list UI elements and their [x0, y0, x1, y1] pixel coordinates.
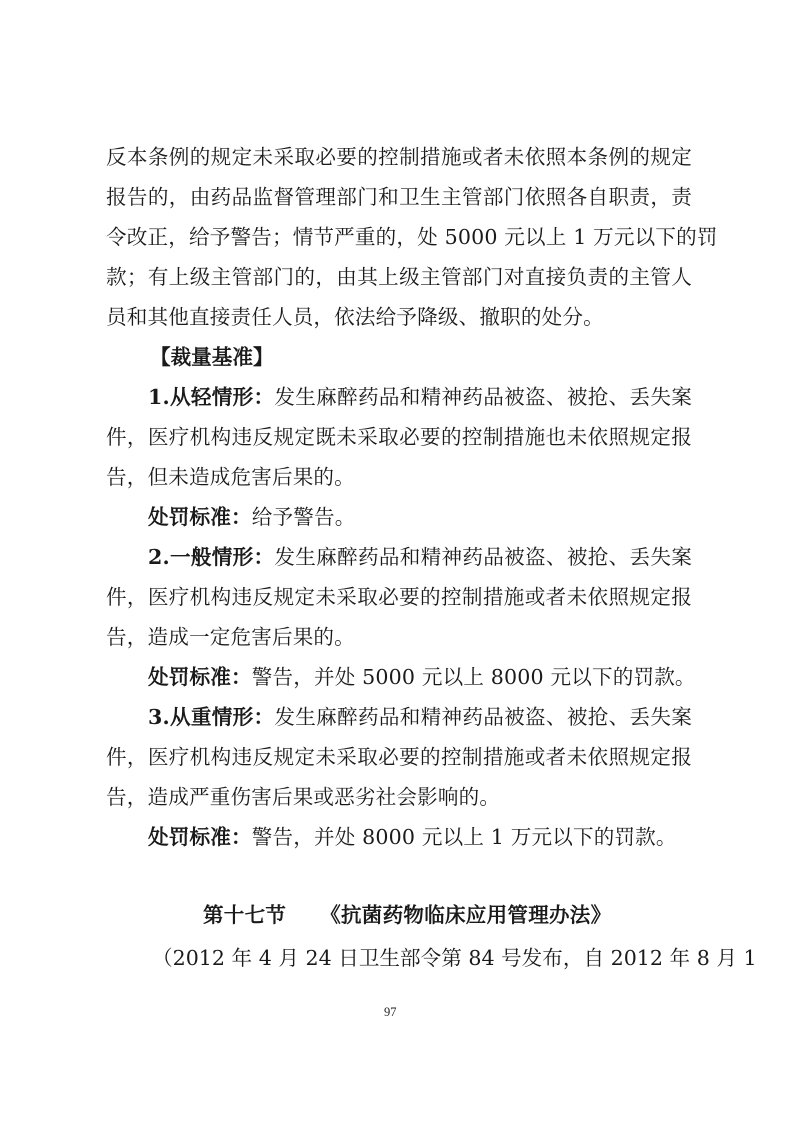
page-number: 97: [384, 1004, 397, 1020]
document-page: 反本条例的规定未采取必要的控制措施或者未依照本条例的规定 报告的，由药品监督管理…: [0, 0, 793, 1122]
case-3-penalty: 处罚标准：警告，并处 8000 元以上 1 万元以下的罚款。: [148, 825, 692, 849]
case-3-line: 件，医疗机构违反规定未采取必要的控制措施或者未依照规定报: [106, 745, 692, 769]
section-number: 第十七节: [203, 903, 286, 927]
case-1-line: 告，但未造成危害后果的。: [106, 465, 692, 489]
case-1-penalty: 处罚标准：给予警告。: [148, 505, 692, 529]
case-1-first-line: 1.从轻情形：发生麻醉药品和精神药品被盗、被抢、丢失案: [148, 385, 692, 409]
case-1-penalty-text: 给予警告。: [252, 505, 356, 529]
case-3-line: 告，造成严重伤害后果或恶劣社会影响的。: [106, 785, 692, 809]
section-heading: 第十七节《抗菌药物临床应用管理办法》: [203, 902, 611, 928]
case-3-label: 3.从重情形：: [148, 705, 274, 729]
case-1-text: 发生麻醉药品和精神药品被盗、被抢、丢失案: [274, 385, 692, 409]
case-2-line: 件，医疗机构违反规定未采取必要的控制措施或者未依照规定报: [106, 585, 692, 609]
case-3-first-line: 3.从重情形：发生麻醉药品和精神药品被盗、被抢、丢失案: [148, 705, 692, 729]
case-1-label: 1.从轻情形：: [148, 385, 274, 409]
case-2-first-line: 2.一般情形：发生麻醉药品和精神药品被盗、被抢、丢失案: [148, 545, 692, 569]
section-title: 《抗菌药物临床应用管理办法》: [320, 903, 611, 927]
case-1-line: 件，医疗机构违反规定既未采取必要的控制措施也未依照规定报: [106, 425, 692, 449]
case-2-label: 2.一般情形：: [148, 545, 274, 569]
intro-line: 反本条例的规定未采取必要的控制措施或者未依照本条例的规定: [106, 145, 692, 169]
case-3-penalty-label: 处罚标准：: [148, 825, 252, 849]
case-2-line: 告，造成一定危害后果的。: [106, 625, 692, 649]
criteria-heading: 【裁量基准】: [150, 345, 274, 369]
intro-line: 报告的，由药品监督管理部门和卫生主管部门依照各自职责，责: [106, 185, 692, 209]
case-2-penalty-text: 警告，并处 5000 元以上 8000 元以下的罚款。: [252, 665, 696, 689]
case-3-text: 发生麻醉药品和精神药品被盗、被抢、丢失案: [274, 705, 692, 729]
intro-line: 款；有上级主管部门的，由其上级主管部门对直接负责的主管人: [106, 265, 692, 289]
case-3-penalty-text: 警告，并处 8000 元以上 1 万元以下的罚款。: [252, 825, 677, 849]
intro-line: 令改正，给予警告；情节严重的，处 5000 元以上 1 万元以下的罚: [106, 225, 692, 249]
case-2-penalty-label: 处罚标准：: [148, 665, 252, 689]
case-1-penalty-label: 处罚标准：: [148, 505, 252, 529]
case-2-penalty: 处罚标准：警告，并处 5000 元以上 8000 元以下的罚款。: [148, 665, 692, 689]
intro-line: 员和其他直接责任人员，依法给予降级、撤职的处分。: [106, 305, 692, 329]
case-2-text: 发生麻醉药品和精神药品被盗、被抢、丢失案: [274, 545, 692, 569]
source-line: （2012 年 4 月 24 日卫生部令第 84 号发布，自 2012 年 8 …: [152, 945, 692, 971]
